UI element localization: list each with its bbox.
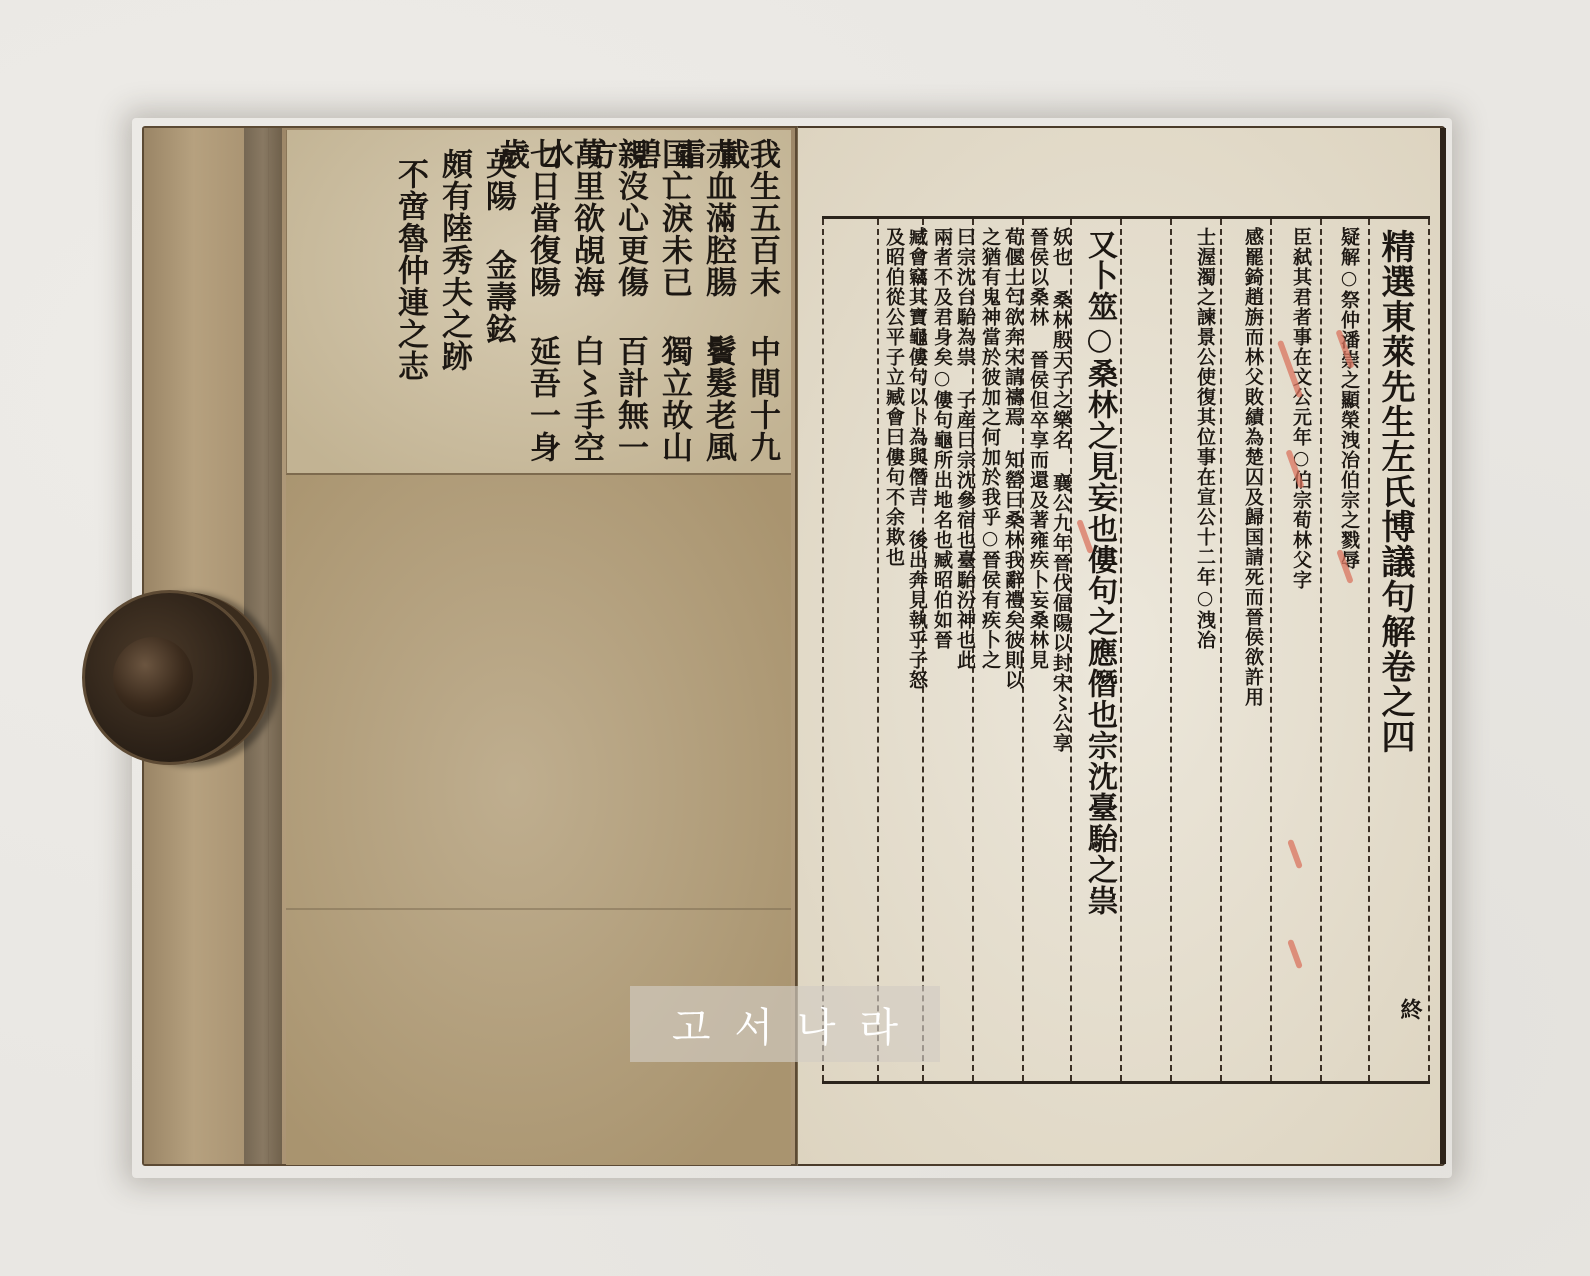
- note-line: 荀偃士匄欲奔宋請禱焉 知罃曰桑林我辭禮矣彼則以: [1000, 227, 1022, 690]
- note-line: 曰宗沈台駘為祟 子産曰宗沈參宿也臺駘汾神也此: [952, 227, 974, 670]
- note-line: 臣弑其君者事在文公元年○伯宗荀林父字: [1288, 227, 1310, 590]
- watermark-char: 나: [797, 996, 836, 1053]
- paper-fold-line: [286, 908, 791, 910]
- watermark: 고 서 나 라: [630, 986, 940, 1062]
- poem-column: 親沒心更傷 百計無一方: [603, 138, 645, 468]
- title-column: 精選東萊先生左氏博議句解卷之四: [1360, 227, 1418, 1077]
- poem-comment-column: 頗有陸秀夫之跡: [427, 138, 469, 468]
- note-column: 士渥濁之諫景公使復其位事在宣公十二年○洩冶: [1168, 227, 1216, 1077]
- note-line: 疑解○祭仲潘崇之顯榮洩冶伯宗之戮辱: [1336, 227, 1358, 570]
- poem-column: 七日當復陽 延吾一身歲: [515, 138, 557, 468]
- note-column: 臧會竊其寶龜僂句以卜為與僭吉 後出奔見執乎子怒 及昭伯從公平子立臧會曰僂句不余欺…: [880, 227, 928, 1077]
- poem-column: 国亡淚未已 獨立故山碧: [647, 138, 689, 468]
- note-line: 妖也 桑林殷天子之樂名 襄公九年晉伐偪陽以封宋〻公享: [1048, 227, 1070, 753]
- text-frame: 精選東萊先生左氏博議句解卷之四 疑解○祭仲潘崇之顯榮洩冶伯宗之戮辱 臣弑其君者事…: [822, 216, 1430, 1084]
- note-line: 士渥濁之諫景公使復其位事在宣公十二年○洩冶: [1192, 227, 1214, 650]
- poem-column: 我生五百末 中間十九載: [735, 138, 777, 468]
- main-text: 又卜筮○桑林之見妄也僂句之應僭也宗沈臺駘之祟: [1084, 229, 1114, 916]
- book-title: 精選東萊先生左氏博議句解卷之四: [1378, 229, 1412, 754]
- poem-signature: 英陽 金壽鉉: [471, 138, 513, 468]
- page-edge: [1440, 128, 1446, 1164]
- column-rule: [822, 219, 824, 1081]
- main-text-column: 又卜筮○桑林之見妄也僂句之應僭也宗沈臺駘之祟: [1072, 227, 1120, 1077]
- note-line: 感罷錡趙旃而林父敗績為楚囚及歸国請死而晉侯欲許用: [1240, 227, 1262, 707]
- note-line: 兩者不及君身矣○僂句龜所出地名也臧昭伯如晉: [929, 227, 951, 670]
- note-line: 之猶有鬼神當於彼加之何加於我乎○晉侯有疾卜之: [977, 227, 999, 690]
- column-rule: [877, 219, 879, 1081]
- weight-knob: [113, 637, 193, 717]
- poem-comment-column: 不啻魯仲連之志: [383, 138, 425, 468]
- brass-weight-icon: [82, 590, 257, 765]
- watermark-char: 고: [672, 996, 711, 1053]
- note-column: 妖也 桑林殷天子之樂名 襄公九年晉伐偪陽以封宋〻公享 晉侯以桑林 晉侯但卒享而還…: [1024, 227, 1072, 1077]
- poem-column: 赤血滿腔腸 鬢髮老風霜: [691, 138, 733, 468]
- note-column: 曰宗沈台駘為祟 子産曰宗沈參宿也臺駘汾神也此 兩者不及君身矣○僂句龜所出地名也臧…: [928, 227, 976, 1077]
- note-line: 及昭伯從公平子立臧會曰僂句不余欺也: [881, 227, 903, 690]
- watermark-char: 서: [734, 996, 773, 1053]
- poem-text: 我生五百末 中間十九載 赤血滿腔腸 鬢髮老風霜 国亡淚未已 獨立故山碧 親沒心更…: [383, 138, 777, 468]
- column-rule: [1428, 219, 1430, 1081]
- note-column: 荀偃士匄欲奔宋請禱焉 知罃曰桑林我辭禮矣彼則以 之猶有鬼神當於彼加之何加於我乎○…: [976, 227, 1024, 1077]
- note-column: 感罷錡趙旃而林父敗績為楚囚及歸国請死而晉侯欲許用: [1216, 227, 1264, 1077]
- note-column: 疑解○祭仲潘崇之顯榮洩冶伯宗之戮辱: [1312, 227, 1360, 1077]
- note-line: 晉侯以桑林 晉侯但卒享而還及著雍疾卜妄桑林見: [1025, 227, 1047, 753]
- watermark-char: 라: [859, 996, 898, 1053]
- text-columns: 精選東萊先生左氏博議句解卷之四 疑解○祭仲潘崇之顯榮洩冶伯宗之戮辱 臣弑其君者事…: [880, 227, 1418, 1077]
- blank-column: [1120, 227, 1168, 1077]
- end-mark: 終: [1399, 998, 1421, 1021]
- note-line: 臧會竊其寶龜僂句以卜為與僭吉 後出奔見執乎子怒: [904, 227, 926, 690]
- poem-column: 萬里欲覘海 白〻手空水: [559, 138, 601, 468]
- pasted-poem-slip: 我生五百末 中間十九載 赤血滿腔腸 鬢髮老風霜 国亡淚未已 獨立故山碧 親沒心更…: [286, 130, 791, 475]
